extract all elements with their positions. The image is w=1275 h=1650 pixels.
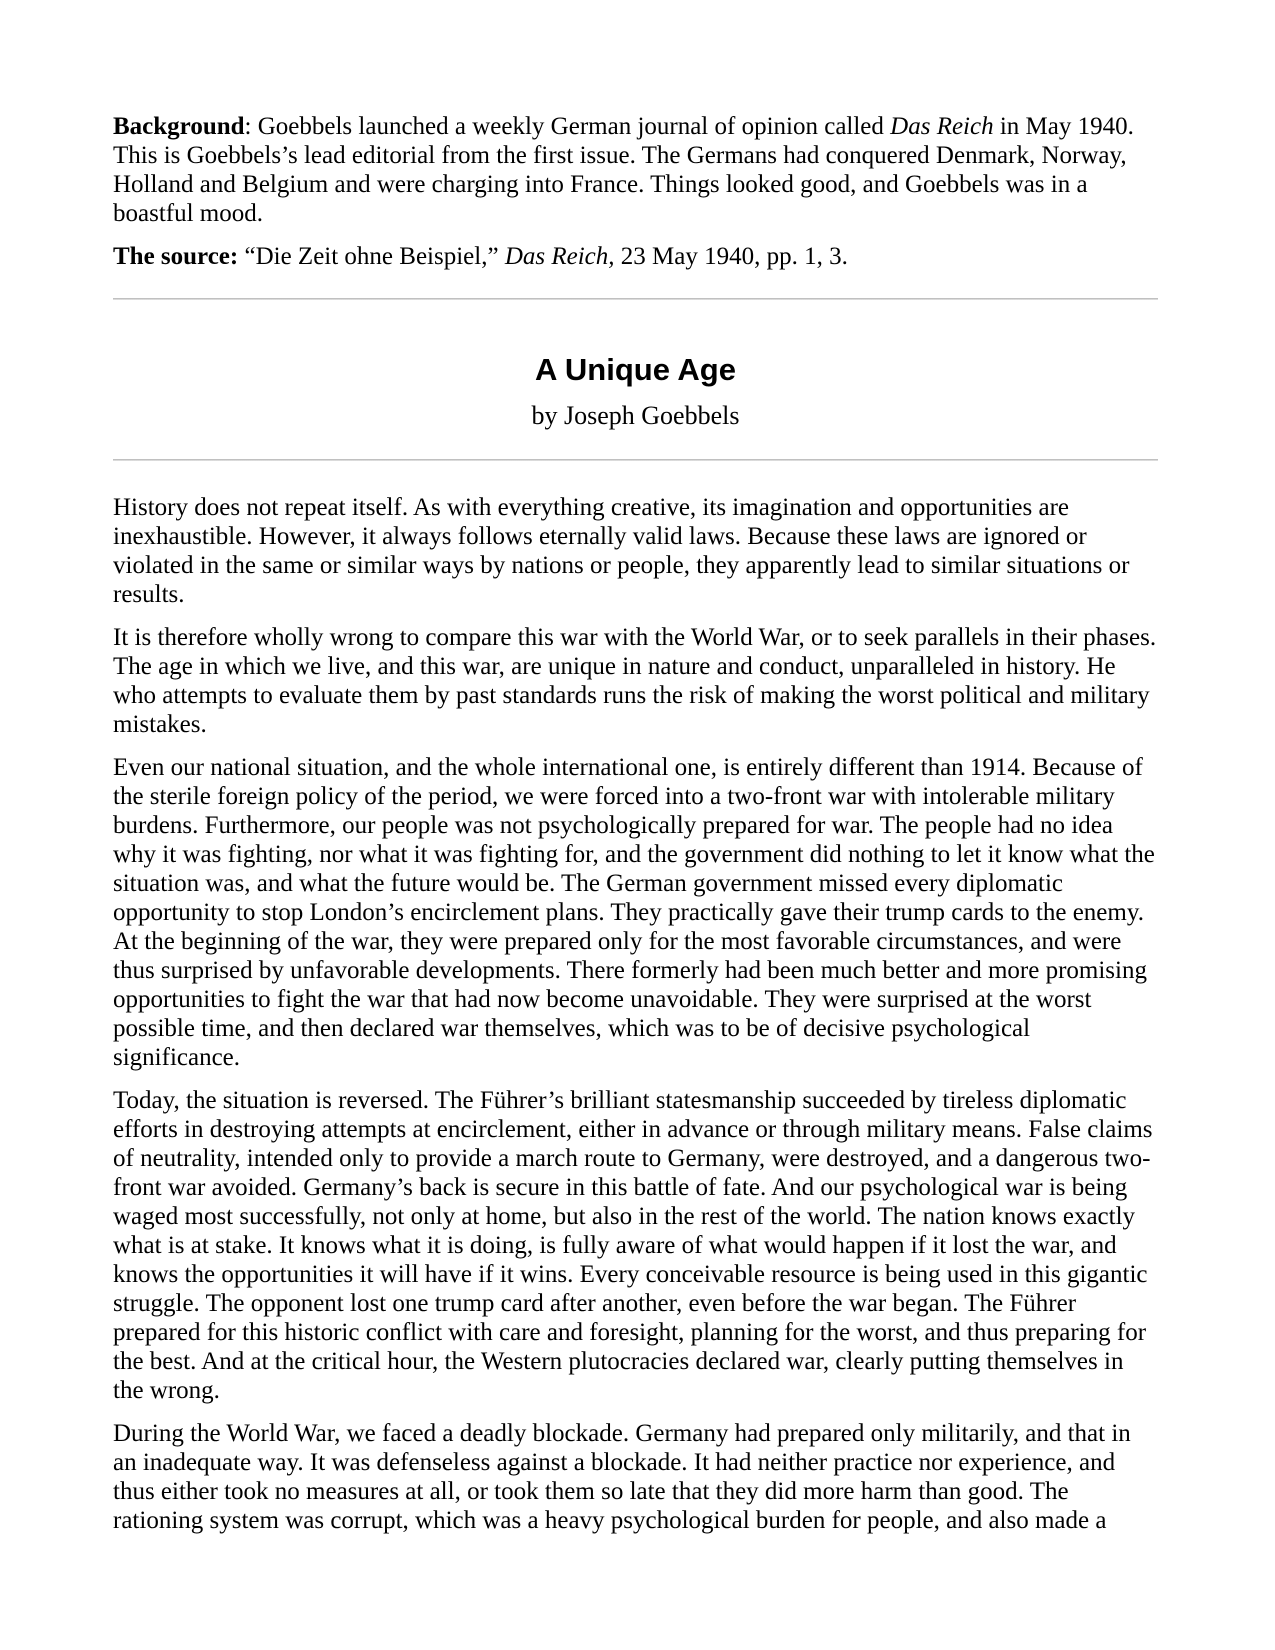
article-byline: by Joseph Goebbels xyxy=(113,401,1158,431)
background-paragraph: Background: Goebbels launched a weekly G… xyxy=(113,112,1158,228)
body-paragraph-2: It is therefore wholly wrong to compare … xyxy=(113,623,1158,739)
article-title: A Unique Age xyxy=(113,352,1158,388)
source-label: The source: xyxy=(113,243,238,270)
source-paragraph: The source: “Die Zeit ohne Beispiel,” Da… xyxy=(113,242,1158,271)
body-paragraph-3: Even our national situation, and the who… xyxy=(113,753,1158,1072)
document-page: Background: Goebbels launched a weekly G… xyxy=(0,0,1275,1650)
divider-above-title xyxy=(113,298,1158,300)
body-paragraph-5: During the World War, we faced a deadly … xyxy=(113,1419,1158,1535)
source-text-before-journal: “Die Zeit ohne Beispiel,” xyxy=(238,243,505,270)
background-text-before-journal: : Goebbels launched a weekly German jour… xyxy=(245,113,891,140)
body-paragraph-1: History does not repeat itself. As with … xyxy=(113,493,1158,609)
divider-below-byline xyxy=(113,459,1158,461)
journal-title-italic: Das Reich xyxy=(890,113,993,140)
body-paragraph-4: Today, the situation is reversed. The Fü… xyxy=(113,1086,1158,1405)
background-label: Background xyxy=(113,113,245,140)
source-journal-title-italic: Das Reich, xyxy=(505,243,615,270)
source-text-after-journal: 23 May 1940, pp. 1, 3. xyxy=(615,243,848,270)
